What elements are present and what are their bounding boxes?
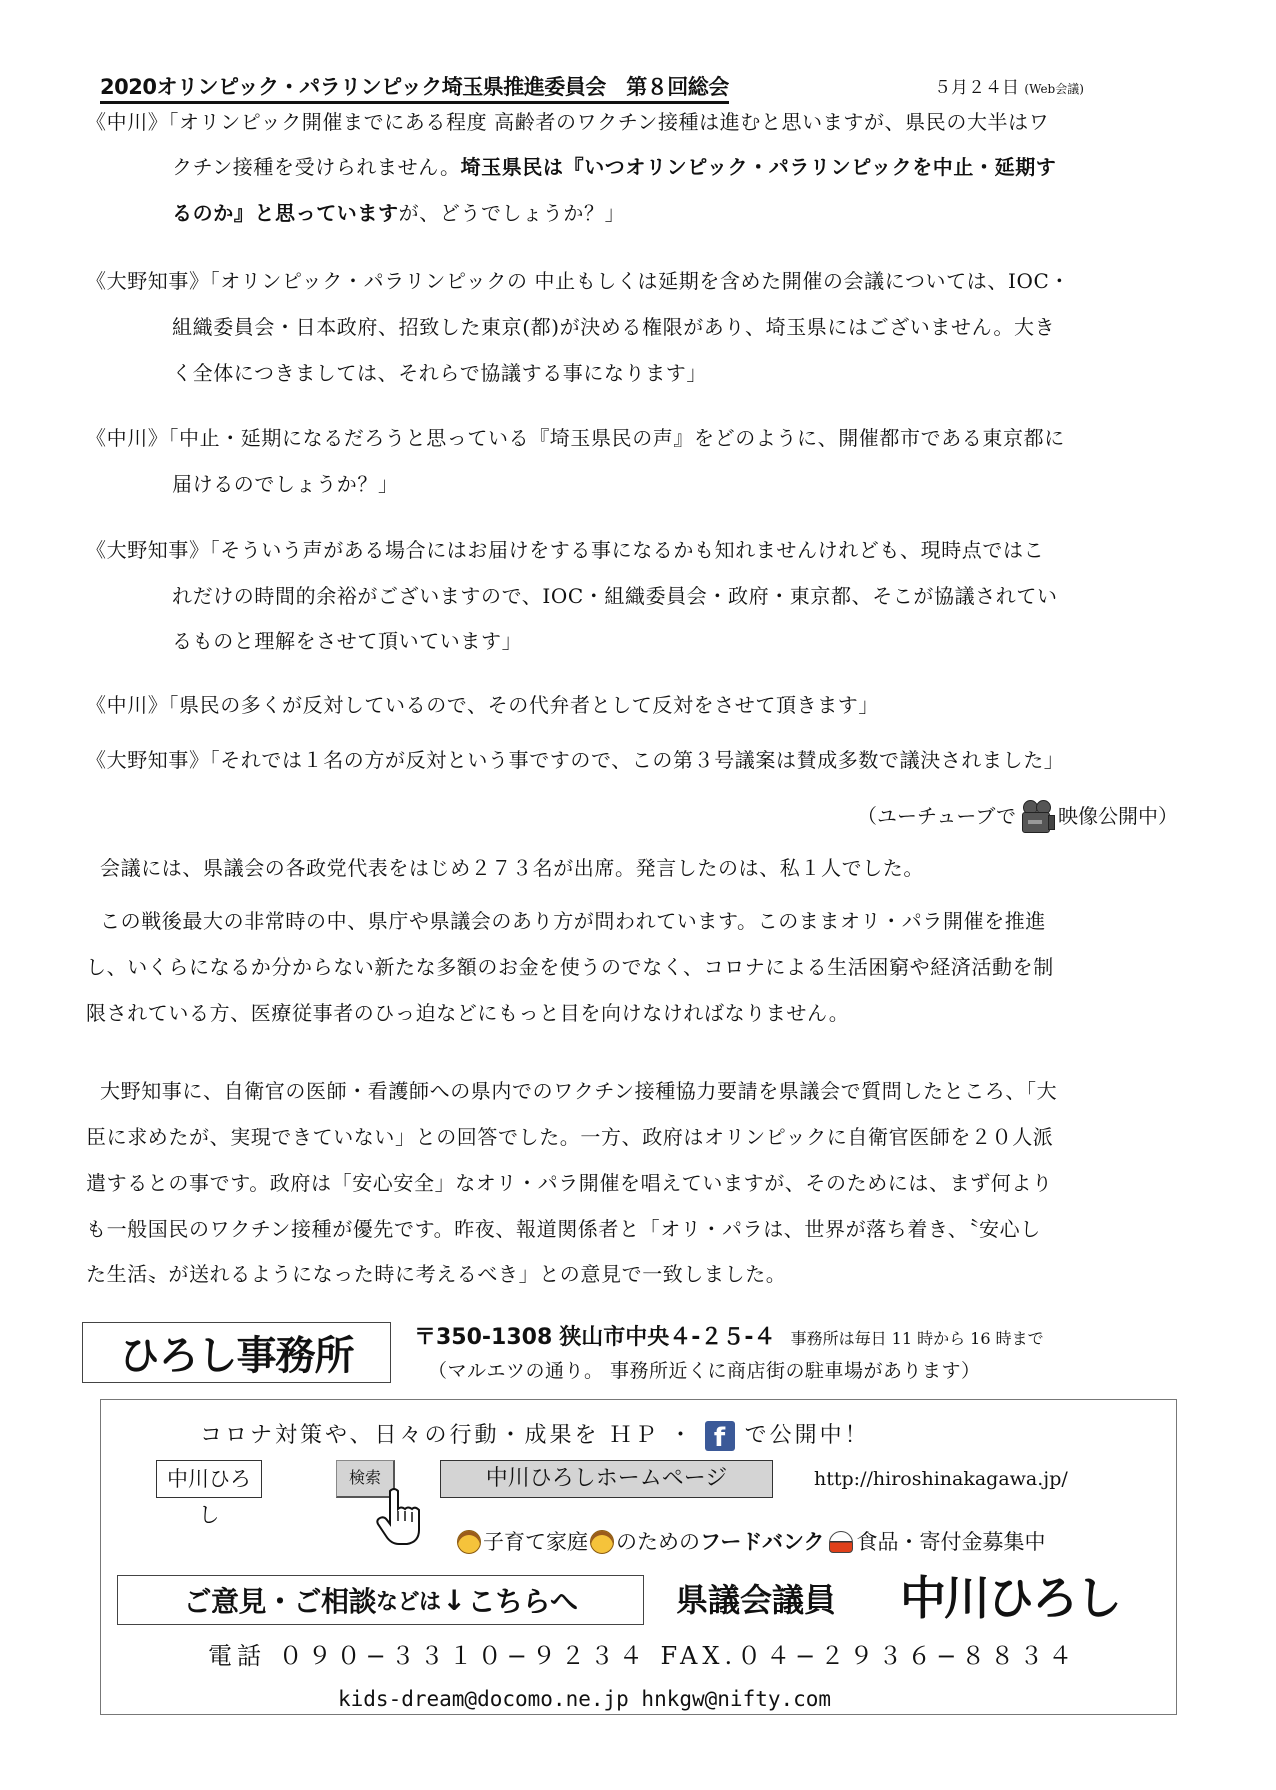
- email-addresses: kids-dream@docomo.ne.jp hnkgw@nifty.com: [338, 1684, 831, 1714]
- dialogue-line: 《大野知事》「オリンピック・パラリンピックの 中止もしくは延期を含めた開催の会議…: [86, 268, 1070, 294]
- foodbank-text-3: フードバンク: [700, 1527, 825, 1557]
- dialogue-line: 《大野知事》「それでは１名の方が反対という事ですので、この第３号議案は賛成多数で…: [86, 747, 1064, 773]
- line-text: れだけの時間的余裕がございますので、IOC・組織委員会・政府・東京都、そこが協議…: [172, 584, 1058, 608]
- man-emoji-icon: [590, 1530, 614, 1554]
- office-address: 〒350-1308 狭山市中央４-２５-４ 事務所は毎日 11 時から 16 時…: [414, 1324, 1044, 1353]
- youtube-note: （ユーチューブで 映像公開中）: [857, 800, 1178, 832]
- dialogue-line: く全体につきましては、それらで協議する事になります」: [172, 360, 707, 386]
- consult-text-3: こちらへ: [467, 1580, 577, 1620]
- pointer-hand-icon: [376, 1487, 426, 1547]
- emphasis-text: 埼玉県民は『いつオリンピック・パラリンピックを中止・延期す: [461, 155, 1057, 179]
- dialogue-line: 《中川》「オリンピック開催までにある程度 高齢者のワクチン接種は進むと思いますが…: [86, 109, 1049, 135]
- paragraph-line: 遣するとの事です。政府は「安心安全」なオリ・パラ開催を唱えていますが、そのために…: [86, 1170, 1053, 1196]
- dialogue-line: 届けるのでしょうか？」: [172, 471, 399, 497]
- paragraph-line: た生活〟が送れるようになった時に考えるべき」との意見で一致しました。: [86, 1261, 786, 1287]
- foodbank-line: 子育て家庭 のための フードバンク 食品・寄付金募集中: [455, 1527, 1046, 1557]
- consult-banner: ご意見・ご相談 などは ↓ こちらへ: [117, 1575, 644, 1625]
- search-input[interactable]: 中川ひろし: [156, 1460, 262, 1498]
- dialogue-line: 《中川》「県民の多くが反対しているので、その代弁者として反対をさせて頂きます」: [86, 692, 879, 718]
- dialogue-line: るものと理解をさせて頂いています」: [172, 628, 522, 654]
- paragraph-line: 会議には、県議会の各政党代表をはじめ２７３名が出席。発言したのは、私１人でした。: [100, 855, 924, 881]
- office-hours: 事務所は毎日 11 時から 16 時まで: [791, 1329, 1044, 1348]
- line-text: 組織委員会・日本政府、招致した東京(都)が決める権限があり、埼玉県にはございませ…: [172, 315, 1055, 339]
- dialogue-line: るのか』と思っていますが、どうでしょうか？」: [172, 200, 625, 226]
- line-text: 《大野知事》「オリンピック・パラリンピックの 中止もしくは延期を含めた開催の会議…: [86, 269, 1070, 293]
- role-title: 県議会議員: [676, 1578, 836, 1622]
- paragraph-line: この戦後最大の非常時の中、県庁や県議会のあり方が問われています。このままオリ・パ…: [100, 908, 1046, 934]
- line-text: く全体につきましては、それらで協議する事になります」: [172, 361, 707, 385]
- line-text: 《大野知事》「そういう声がある場合にはお届けをする事になるかも知れませんけれども…: [86, 538, 1044, 562]
- line-text: クチン接種を受けられません。: [172, 155, 461, 179]
- phone-fax: 電話 ０９０−３３１０−９２３４ FAX.０４−２９３６−８８３４: [208, 1640, 1077, 1672]
- rice-ball-icon: [829, 1531, 853, 1553]
- dialogue-line: 《中川》「中止・延期になるだろうと思っている『埼玉県民の声』をどのように、開催都…: [86, 425, 1065, 451]
- line-text: 《中川》「オリンピック開催までにある程度 高齢者のワクチン接種は進むと思いますが…: [86, 110, 1049, 134]
- paragraph-line: 臣に求めたが、実現できていない」との回答でした。一方、政府はオリンピックに自衛官…: [86, 1124, 1053, 1150]
- parking-note: （マルエツの通り。 事務所近くに商店街の駐車場があります）: [428, 1358, 981, 1384]
- promo-suffix: で公開中！: [745, 1421, 870, 1451]
- paragraph-line: も一般国民のワクチン接種が優先です。昨夜、報道関係者と「オリ・パラは、世界が落ち…: [86, 1216, 1041, 1242]
- movie-camera-icon: [1020, 800, 1054, 832]
- homepage-search-result[interactable]: 中川ひろしホームページ: [440, 1460, 773, 1498]
- foodbank-text-2: のための: [616, 1527, 700, 1557]
- girl-emoji-icon: [457, 1530, 481, 1554]
- line-text: るものと理解をさせて頂いています」: [172, 629, 522, 653]
- politician-name: 中川ひろし: [900, 1570, 1120, 1626]
- paragraph-line: 限されている方、医療従事者のひっ迫などにもっと目を向けなければなりません。: [86, 1000, 849, 1026]
- postal-code: 〒350-1308: [414, 1325, 552, 1350]
- street-address: 狭山市中央４-２５-４: [559, 1325, 775, 1350]
- date-text: ５月２４日: [934, 78, 1019, 98]
- line-text: が、どうでしょうか？」: [399, 201, 626, 225]
- line-text: 届けるのでしょうか？」: [172, 472, 399, 496]
- line-text: 《中川》「県民の多くが反対しているので、その代弁者として反対をさせて頂きます」: [86, 693, 879, 717]
- dialogue-line: れだけの時間的余裕がございますので、IOC・組織委員会・政府・東京都、そこが協議…: [172, 583, 1058, 609]
- youtube-note-prefix: （ユーチューブで: [857, 803, 1016, 829]
- paragraph-line: し、いくらになるか分からない新たな多額のお金を使うのでなく、コロナによる生活困窮…: [86, 954, 1054, 980]
- promo-line: コロナ対策や、日々の行動・成果を ＨＰ ・ f で公開中！: [200, 1421, 870, 1451]
- foodbank-text-4: 食品・寄付金募集中: [857, 1527, 1046, 1557]
- consult-text-1: ご意見・ご相談: [183, 1580, 376, 1620]
- consult-text-2: などは: [376, 1585, 441, 1616]
- emphasis-text: るのか』と思っています: [172, 201, 399, 225]
- foodbank-text-1: 子育て家庭: [483, 1527, 588, 1557]
- meeting-date: ５月２４日 (Web会議): [934, 76, 1084, 101]
- youtube-note-suffix: 映像公開中）: [1058, 803, 1178, 829]
- office-label: ひろし事務所: [82, 1322, 391, 1383]
- facebook-icon[interactable]: f: [705, 1421, 735, 1451]
- line-text: 《大野知事》「それでは１名の方が反対という事ですので、この第３号議案は賛成多数で…: [86, 748, 1064, 772]
- document-title: 2020オリンピック・パラリンピック埼玉県推進委員会 第８回総会: [100, 74, 729, 104]
- paragraph-line: 大野知事に、自衛官の医師・看護師への県内でのワクチン接種協力要請を県議会で質問し…: [100, 1078, 1057, 1104]
- dialogue-line: 《大野知事》「そういう声がある場合にはお届けをする事になるかも知れませんけれども…: [86, 537, 1044, 563]
- dialogue-line: クチン接種を受けられません。埼玉県民は『いつオリンピック・パラリンピックを中止・…: [172, 154, 1056, 180]
- dialogue-line: 組織委員会・日本政府、招致した東京(都)が決める権限があり、埼玉県にはございませ…: [172, 314, 1055, 340]
- homepage-url[interactable]: http://hiroshinakagawa.jp/: [814, 1466, 1068, 1492]
- arrow-down-icon: ↓: [443, 1584, 466, 1617]
- date-note: (Web会議): [1024, 82, 1084, 96]
- promo-prefix: コロナ対策や、日々の行動・成果を ＨＰ ・: [200, 1421, 695, 1451]
- line-text: 《中川》「中止・延期になるだろうと思っている『埼玉県民の声』をどのように、開催都…: [86, 426, 1065, 450]
